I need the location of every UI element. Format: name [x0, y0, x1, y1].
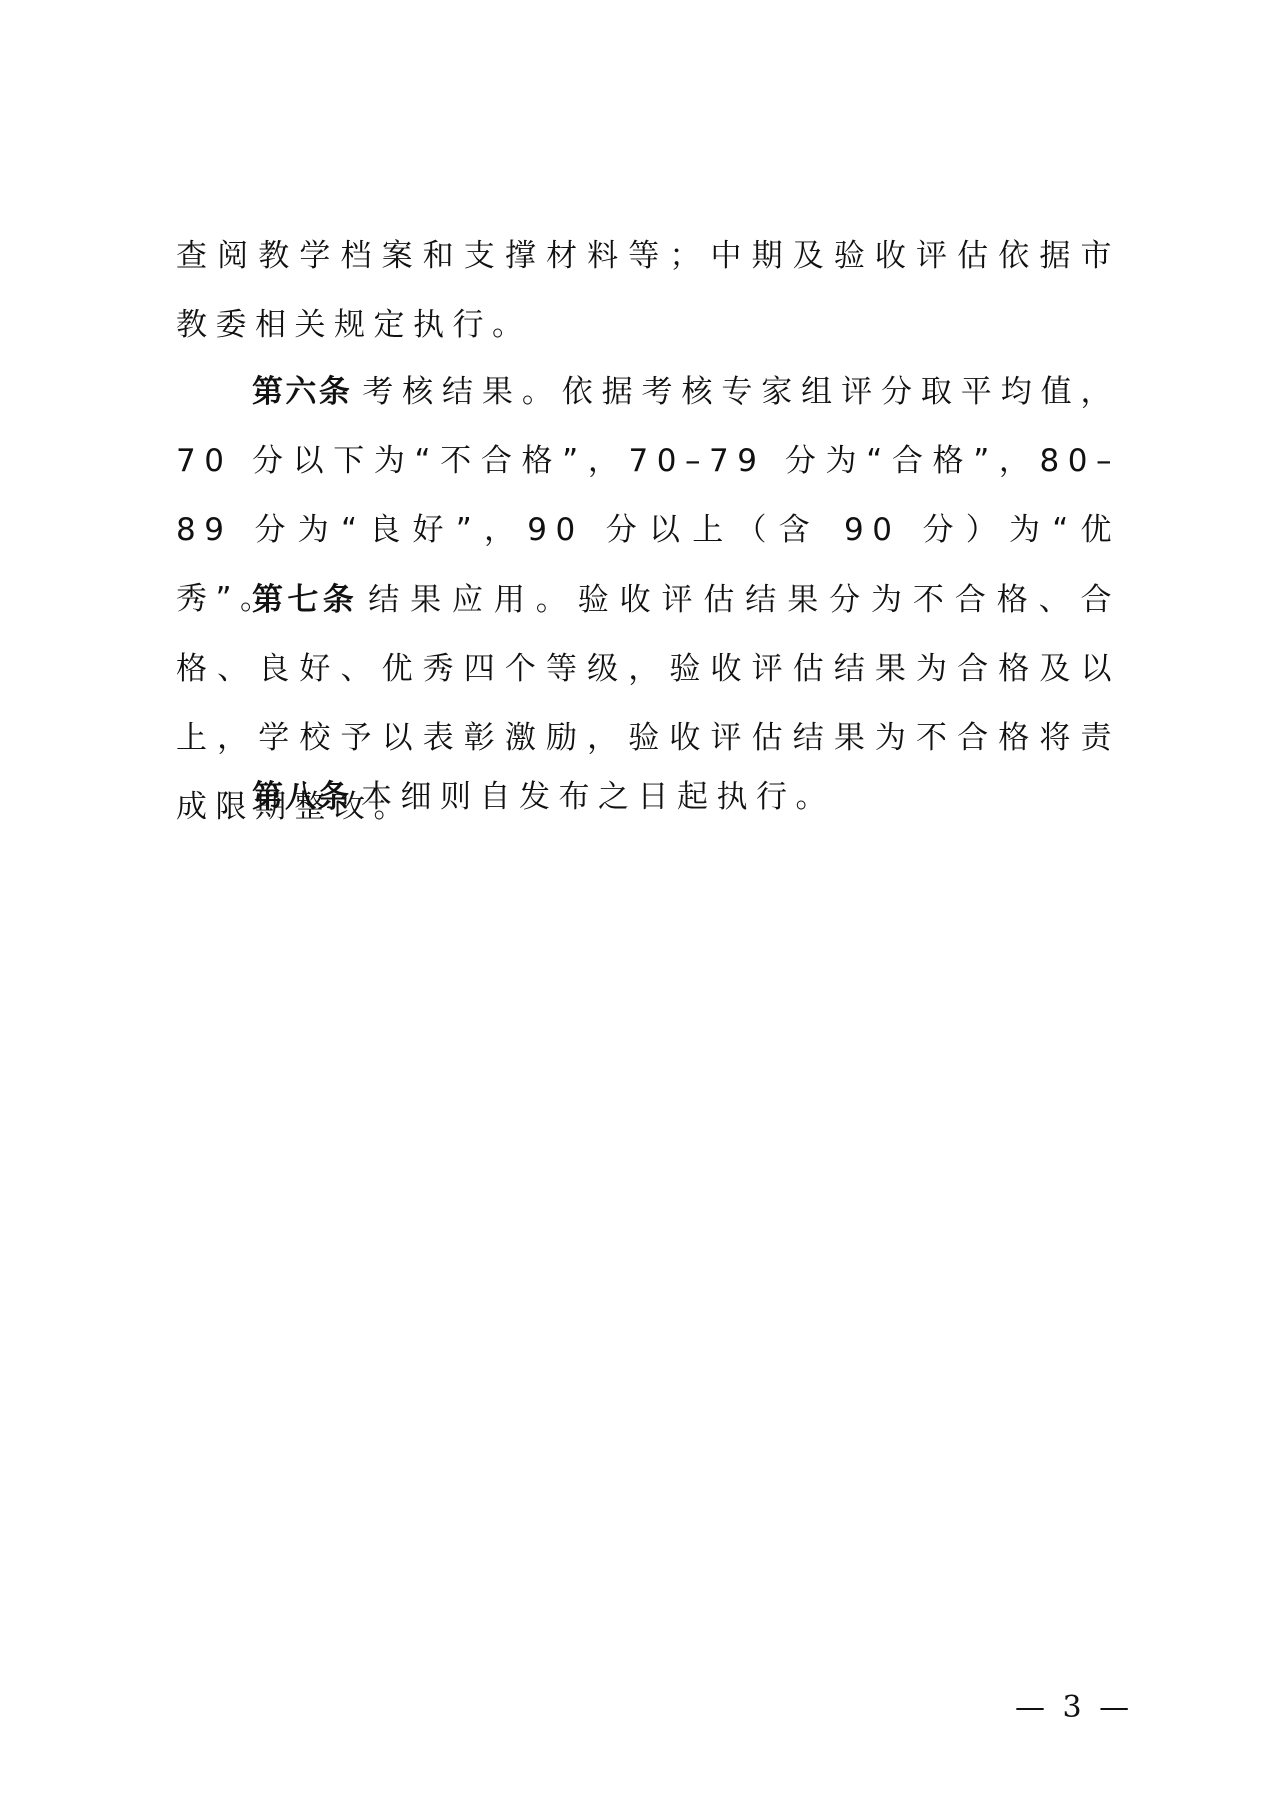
article-8-text: 本细则自发布之日起执行。: [361, 779, 835, 815]
article-8-heading: 第八条: [252, 779, 351, 815]
article-6-heading: 第六条: [252, 374, 352, 410]
paragraph-continuation: 查阅教学档案和支撑材料等；中期及验收评估依据市教委相关规定执行。: [176, 222, 1120, 360]
document-page: 查阅教学档案和支撑材料等；中期及验收评估依据市教委相关规定执行。 第六条考核结果…: [0, 0, 1272, 1800]
article-7-heading: 第七条: [252, 582, 358, 618]
page-number: — 3 —: [1015, 1690, 1133, 1725]
paragraph-text: 查阅教学档案和支撑材料等；中期及验收评估依据市教委相关规定执行。: [176, 238, 1120, 343]
article-8-paragraph: 第八条本细则自发布之日起执行。: [176, 763, 1120, 832]
